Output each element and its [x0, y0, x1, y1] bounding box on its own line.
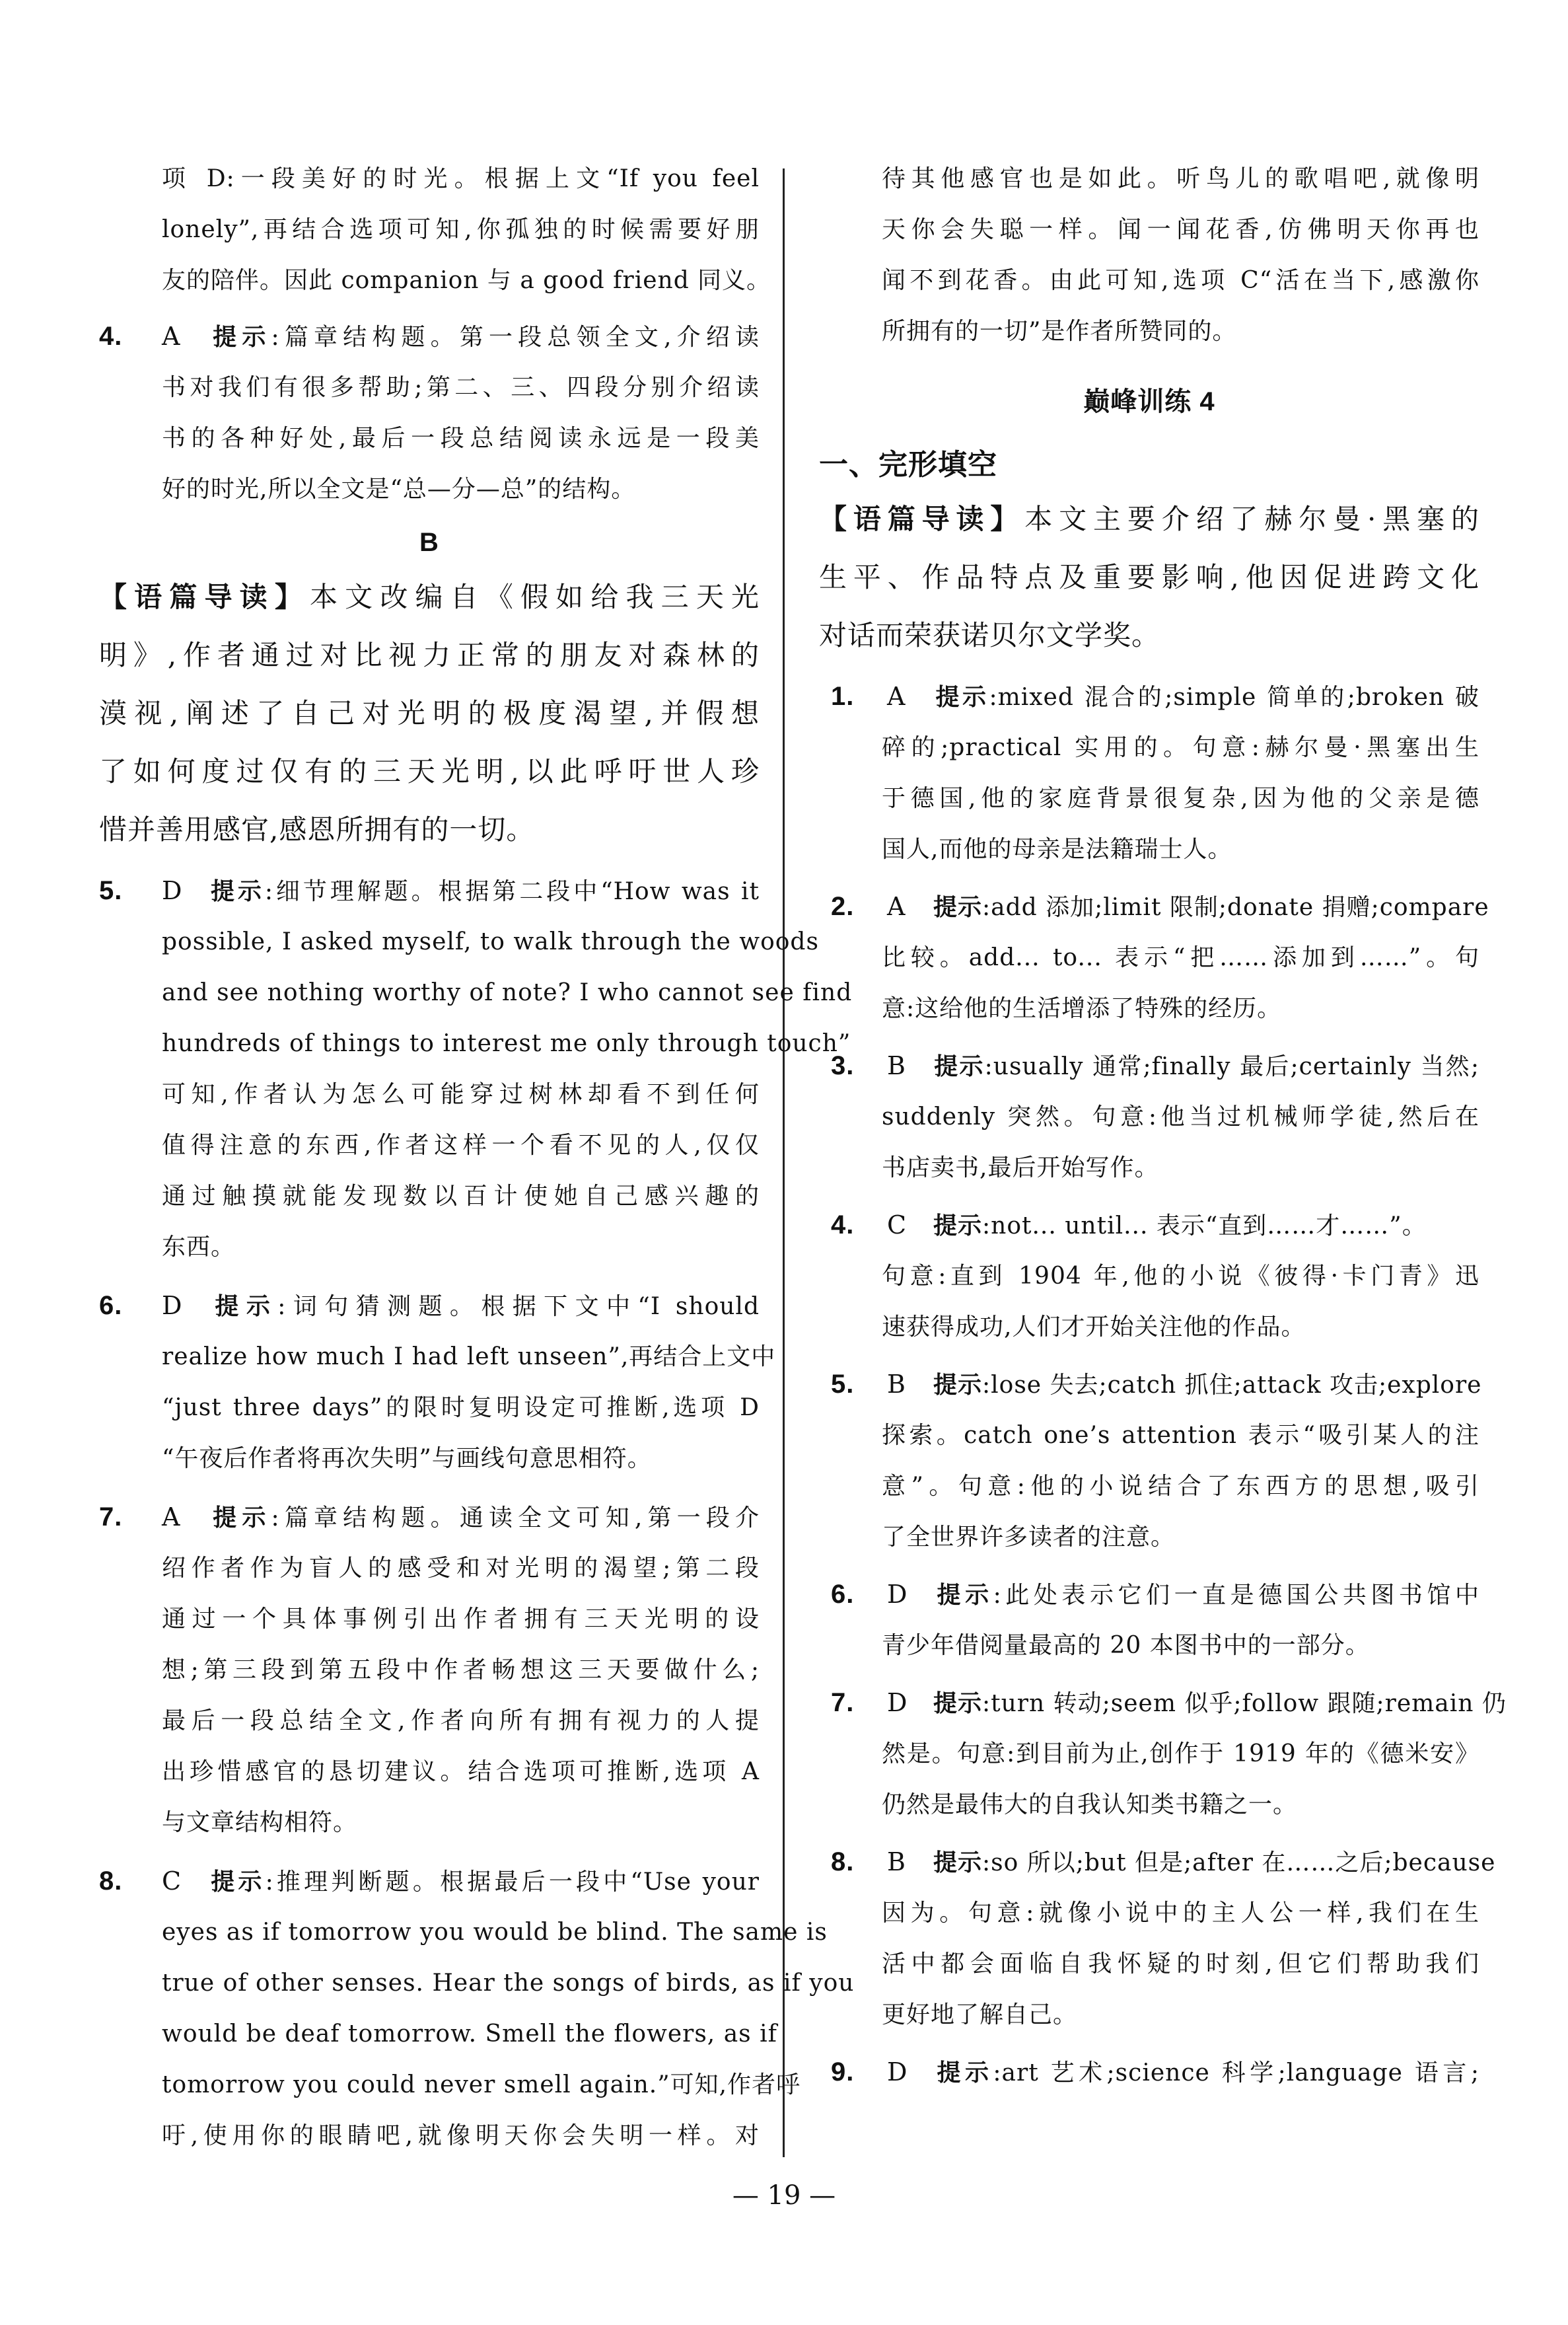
answer-item-5: 5.D提示:细节理解题。根据第二段中“How was it possible, … — [99, 866, 760, 1273]
column-divider — [783, 168, 785, 2157]
answer-letter: A — [887, 881, 933, 932]
answer-letter: C — [162, 1856, 208, 1907]
text-line: 更好地了解自己。 — [819, 1989, 1479, 2040]
answer-letter: B — [887, 1359, 933, 1410]
text-line: 通过一个具体事例引出作者拥有三天光明的设 — [99, 1594, 760, 1644]
text-line: 想;第三段到第五段中作者畅想这三天要做什么; — [99, 1644, 760, 1695]
hint-label: 提示 — [933, 893, 982, 920]
text-line: 本文改编自《假如给我三天光 — [310, 581, 760, 613]
continuation-paragraph: 待其他感官也是如此。听鸟儿的歌唱吧,就像明 天你会失聪一样。闻一闻花香,仿佛明天… — [819, 153, 1479, 357]
text-line: suddenly 突然。句意:他当过机械师学徒,然后在 — [819, 1091, 1479, 1142]
text-line: 与文章结构相符。 — [99, 1797, 760, 1848]
question-number: 7. — [99, 1492, 162, 1543]
text-line: hundreds of things to interest me only t… — [99, 1018, 760, 1069]
text-line: 了如何度过仅有的三天光明,以此呼吁世人珍 — [99, 743, 760, 801]
text-line: 惜并善用感官,感恩所拥有的一切。 — [99, 801, 760, 859]
text-line: and see nothing worthy of note? I who ca… — [99, 967, 760, 1018]
page-number: — 19 — — [0, 2180, 1568, 2211]
right-column: 待其他感官也是如此。听鸟儿的歌唱吧,就像明 天你会失聪一样。闻一闻花香,仿佛明天… — [819, 153, 1479, 2098]
answer-letter: A — [162, 311, 208, 362]
text-line: 句意:直到 1904 年,他的小说《彼得·卡门青》迅 — [819, 1251, 1479, 1302]
text-line: 闻不到花香。由此可知,选项 C“活在当下,感激你 — [882, 255, 1479, 306]
text-line: 意”。句意:他的小说结合了东西方的思想,吸引 — [819, 1461, 1479, 1512]
text-line: :篇章结构题。第一段总领全文,介绍读 — [271, 324, 760, 351]
hint-label: 提示 — [208, 1868, 266, 1895]
answer-letter: B — [887, 1837, 933, 1888]
hint-label: 提示 — [208, 1504, 271, 1531]
text-line: true of other senses. Hear the songs of … — [99, 1958, 760, 2009]
answer-letter: A — [887, 671, 933, 722]
text-line: :此处表示它们一直是德国公共图书馆中 — [993, 1582, 1479, 1609]
text-line: 青少年借阅量最高的 20 本图书中的一部分。 — [819, 1620, 1479, 1671]
text-line: 生平、作品特点及重要影响,他因促进跨文化 — [819, 548, 1479, 607]
answer-item-6: 6.D提示:此处表示它们一直是德国公共图书馆中 青少年借阅量最高的 20 本图书… — [819, 1569, 1479, 1671]
question-number: 6. — [819, 1569, 887, 1620]
text-line: :mixed 混合的;simple 简单的;broken 破 — [989, 684, 1479, 711]
answer-item-4: 4.A提示:篇章结构题。第一段总领全文,介绍读 书对我们有很多帮助;第二、三、四… — [99, 311, 760, 515]
hint-label: 提示 — [933, 1581, 993, 1608]
text-line: 本文主要介绍了赫尔曼·黑塞的 — [1024, 503, 1479, 535]
text-line: 明》,作者通过对比视力正常的朋友对森林的 — [99, 626, 760, 684]
question-number: 3. — [819, 1041, 887, 1091]
question-number: 1. — [819, 671, 887, 722]
question-number: 4. — [819, 1200, 887, 1251]
text-line: 书店卖书,最后开始写作。 — [819, 1142, 1479, 1193]
text-line: 通过触摸就能发现数以百计使她自己感兴趣的 — [99, 1171, 760, 1222]
text-line: 值得注意的东西,作者这样一个看不见的人,仅仅 — [99, 1120, 760, 1171]
question-number: 9. — [819, 2047, 887, 2098]
text-line: :lose 失去;catch 抓住;attack 攻击;explore — [982, 1372, 1481, 1399]
question-number: 2. — [819, 881, 887, 932]
answer-item-9: 9.D提示:art 艺术;science 科学;language 语言; — [819, 2047, 1479, 2098]
reading-guide: 【语篇导读】本文改编自《假如给我三天光 明》,作者通过对比视力正常的朋友对森林的… — [99, 568, 760, 859]
text-line: :so 所以;but 但是;after 在……之后;because — [982, 1849, 1495, 1876]
text-line: 项 D:一段美好的时光。根据上文“If you feel — [162, 153, 760, 204]
question-number: 8. — [819, 1837, 887, 1888]
question-number: 4. — [99, 311, 162, 362]
section-title: 一、完形填空 — [819, 439, 1479, 490]
text-line: tomorrow you could never smell again.”可知… — [99, 2059, 760, 2110]
question-number: 5. — [99, 866, 162, 916]
answer-letter: C — [887, 1200, 933, 1251]
text-line: would be deaf tomorrow. Smell the flower… — [99, 2009, 760, 2059]
training-title: 巅峰训练 4 — [819, 377, 1479, 427]
text-line: :not... until... 表示“直到……才……”。 — [982, 1212, 1427, 1239]
text-line: 国人,而他的母亲是法籍瑞士人。 — [819, 824, 1479, 875]
hint-label: 提示 — [933, 1212, 982, 1239]
text-line: 书的各种好处,最后一段总结阅读永远是一段美 — [99, 413, 760, 464]
hint-label: 提示 — [933, 2059, 993, 2086]
text-line: :细节理解题。根据第二段中“How was it — [265, 878, 760, 905]
answer-letter: D — [887, 1678, 933, 1728]
reading-guide: 【语篇导读】本文主要介绍了赫尔曼·黑塞的 生平、作品特点及重要影响,他因促进跨文… — [819, 490, 1479, 665]
text-line: 了全世界许多读者的注意。 — [819, 1512, 1479, 1563]
text-line: 然是。句意:到目前为止,创作于 1919 年的《德米安》 — [819, 1728, 1479, 1779]
text-line: 所拥有的一切”是作者所赞同的。 — [882, 306, 1479, 357]
answer-item-5: 5.B提示:lose 失去;catch 抓住;attack 攻击;explore… — [819, 1359, 1479, 1563]
text-line: 东西。 — [99, 1222, 760, 1273]
left-column: 项 D:一段美好的时光。根据上文“If you feel lonely”,再结合… — [99, 153, 760, 2161]
answer-item-3: 3.B提示:usually 通常;finally 最后;certainly 当然… — [819, 1041, 1479, 1193]
guide-tag: 【语篇导读】 — [99, 581, 310, 612]
question-number: 5. — [819, 1359, 887, 1410]
text-line: 吁,使用你的眼睛吧,就像明天你会失明一样。对 — [99, 2110, 760, 2161]
text-line: 意:这给他的生活增添了特殊的经历。 — [819, 983, 1479, 1034]
answer-letter: D — [887, 2047, 933, 2098]
hint-label: 提示 — [933, 1849, 982, 1876]
hint-label: 提示 — [933, 1371, 982, 1398]
answer-letter: D — [162, 866, 208, 916]
question-number: 8. — [99, 1856, 162, 1907]
text-line: lonely”,再结合选项可知,你孤独的时候需要好朋 — [162, 204, 760, 255]
answer-letter: D — [887, 1569, 933, 1620]
hint-label: 提示 — [933, 1052, 985, 1080]
text-line: 待其他感官也是如此。听鸟儿的歌唱吧,就像明 — [882, 153, 1479, 204]
text-line: 因为。句意:就像小说中的主人公一样,我们在生 — [819, 1888, 1479, 1938]
hint-label: 提示 — [208, 323, 271, 350]
text-line: possible, I asked myself, to walk throug… — [99, 916, 760, 967]
hint-label: 提示 — [208, 1292, 277, 1319]
text-line: 探索。catch one’s attention 表示“吸引某人的注 — [819, 1410, 1479, 1461]
answer-letter: D — [162, 1280, 208, 1331]
text-line: 漠视,阐述了自己对光明的极度渴望,并假想 — [99, 684, 760, 743]
text-line: :推理判断题。根据最后一段中“Use your — [266, 1868, 760, 1896]
answer-letter: A — [162, 1492, 208, 1543]
answer-item-4: 4.C提示:not... until... 表示“直到……才……”。 句意:直到… — [819, 1200, 1479, 1352]
text-line: realize how much I had left unseen”,再结合上… — [99, 1331, 760, 1382]
text-line: 于德国,他的家庭背景很复杂,因为他的父亲是德 — [819, 773, 1479, 824]
answer-item-6: 6.D提示:词句猜测题。根据下文中“I should realize how m… — [99, 1280, 760, 1484]
text-line: eyes as if tomorrow you would be blind. … — [99, 1907, 760, 1958]
text-line: 友的陪伴。因此 companion 与 a good friend 同义。 — [162, 255, 760, 306]
hint-label: 提示 — [933, 1689, 982, 1716]
text-line: 出珍惜感官的恳切建议。结合选项可推断,选项 A — [99, 1746, 760, 1797]
text-line: 碎的;practical 实用的。句意:赫尔曼·黑塞出生 — [819, 722, 1479, 773]
question-number: 6. — [99, 1280, 162, 1331]
text-line: “午夜后作者将再次失明”与画线句意思相符。 — [99, 1433, 760, 1484]
text-line: :篇章结构题。通读全文可知,第一段介 — [271, 1504, 760, 1532]
text-line: 速获得成功,人们才开始关注他的作品。 — [819, 1302, 1479, 1352]
answer-letter: B — [887, 1041, 933, 1091]
text-line: 书对我们有很多帮助;第二、三、四段分别介绍读 — [99, 362, 760, 413]
question-number: 7. — [819, 1678, 887, 1728]
answer-item-2: 2.A提示:add 添加;limit 限制;donate 捐赠;compare … — [819, 881, 1479, 1034]
section-title-b: B — [99, 517, 760, 568]
text-line: :turn 转动;seem 似乎;follow 跟随;remain 仍 — [982, 1690, 1507, 1717]
text-line: 天你会失聪一样。闻一闻花香,仿佛明天你再也 — [882, 204, 1479, 255]
text-line: “just three days”的限时复明设定可推断,选项 D — [99, 1382, 760, 1433]
guide-tag: 【语篇导读】 — [819, 503, 1024, 535]
answer-item-1: 1.A提示:mixed 混合的;simple 简单的;broken 破 碎的;p… — [819, 671, 1479, 875]
text-line: :usually 通常;finally 最后;certainly 当然; — [985, 1053, 1479, 1080]
text-line: 可知,作者认为怎么可能穿过树林却看不到任何 — [99, 1069, 760, 1120]
answer-item-8: 8.C提示:推理判断题。根据最后一段中“Use your eyes as if … — [99, 1856, 760, 2161]
continuation-paragraph: 项 D:一段美好的时光。根据上文“If you feel lonely”,再结合… — [99, 153, 760, 306]
text-line: :art 艺术;science 科学;language 语言; — [993, 2059, 1479, 2086]
text-line: 比较。add... to... 表示“把……添加到……”。句 — [819, 932, 1479, 983]
hint-label: 提示 — [208, 877, 265, 904]
text-line: :add 添加;limit 限制;donate 捐赠;compare — [982, 894, 1489, 921]
text-line: 仍然是最伟大的自我认知类书籍之一。 — [819, 1779, 1479, 1830]
text-line: 绍作者作为盲人的感受和对光明的渴望;第二段 — [99, 1543, 760, 1594]
text-line: 对话而荣获诺贝尔文学奖。 — [819, 607, 1479, 665]
text-line: :词句猜测题。根据下文中“I should — [277, 1293, 760, 1320]
hint-label: 提示 — [933, 683, 989, 710]
answer-item-8: 8.B提示:so 所以;but 但是;after 在……之后;because 因… — [819, 1837, 1479, 2040]
answer-item-7: 7.A提示:篇章结构题。通读全文可知,第一段介 绍作者作为盲人的感受和对光明的渴… — [99, 1492, 760, 1848]
answer-item-7: 7.D提示:turn 转动;seem 似乎;follow 跟随;remain 仍… — [819, 1678, 1479, 1830]
text-line: 活中都会面临自我怀疑的时刻,但它们帮助我们 — [819, 1938, 1479, 1989]
text-line: 好的时光,所以全文是“总—分—总”的结构。 — [99, 464, 760, 515]
text-line: 最后一段总结全文,作者向所有拥有视力的人提 — [99, 1695, 760, 1746]
